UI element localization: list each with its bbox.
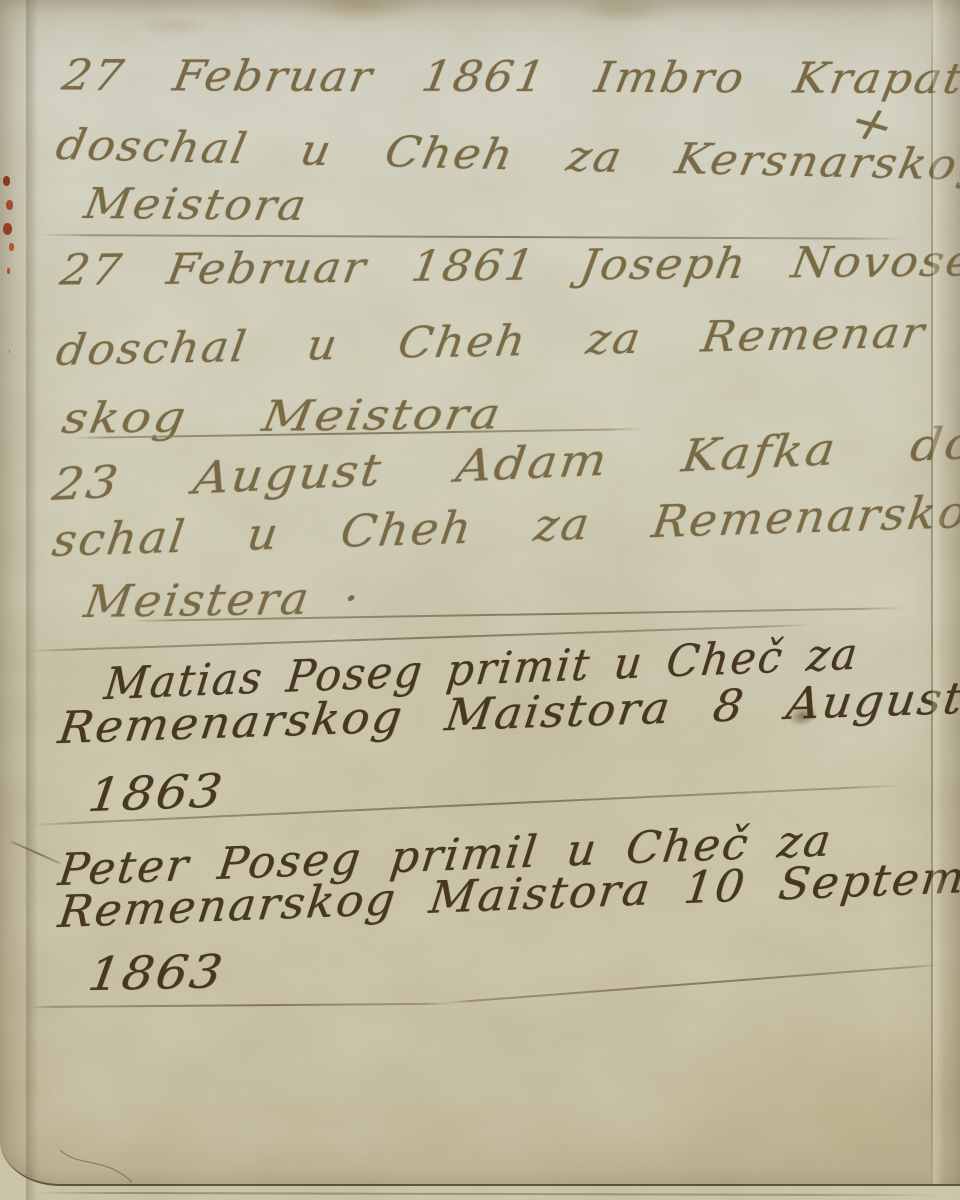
handwritten-line: doschal u Cheh za Kersnarskog	[53, 124, 960, 187]
handwritten-line: 27 Februar 1861 Imbro Krapatz	[59, 55, 960, 100]
book-binding-edge	[0, 0, 26, 1200]
handwritten-line: doschal u Cheh za Remenar	[53, 312, 928, 372]
handwritten-line: 1863	[85, 948, 227, 997]
manuscript-page: 27 Februar 1861 Imbro Krapatz + doschal …	[0, 0, 960, 1186]
page-fold-margin	[933, 0, 943, 1184]
handwritten-line: 27 Februar 1861 Joseph Novosel	[57, 240, 960, 292]
handwritten-line: Meistora	[81, 183, 311, 227]
ruled-divider	[444, 963, 945, 1004]
manuscript-photo: 27 Februar 1861 Imbro Krapatz + doschal …	[0, 0, 960, 1200]
handwritten-line: 1863	[85, 767, 226, 818]
binding-shadow	[26, 0, 38, 1200]
binding-red-marks	[3, 176, 10, 186]
underlying-page-edge	[30, 1192, 944, 1196]
ruled-divider	[28, 1003, 452, 1008]
